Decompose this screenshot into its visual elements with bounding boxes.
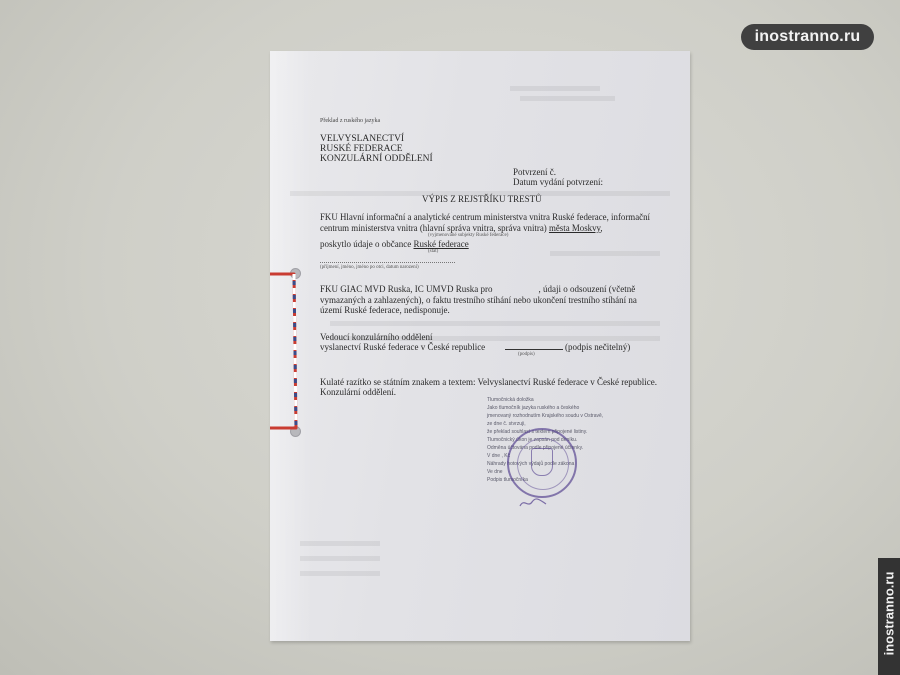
para1-line2-text: centrum ministerstva vnitra (hlavní sprá… [320, 223, 549, 233]
issuer-line-2: RUSKÉ FEDERACE [320, 144, 403, 154]
para1-line2: centrum ministerstva vnitra (hlavní sprá… [320, 223, 603, 234]
signer-line-2: vyslanectví Ruské federace v České repub… [320, 342, 485, 353]
para1-line3-text: poskytlo údaje o občance [320, 239, 413, 249]
signature-scribble [518, 496, 548, 510]
stamp-description-line-2: Konzulární oddělení. [320, 387, 396, 398]
signature-line: (podpis nečitelný) [505, 342, 630, 353]
issuer-line-1: VELVYSLANECTVÍ [320, 134, 404, 144]
document-title: VÝPIS Z REJSTŘÍKU TRESTŮ [422, 194, 542, 205]
para2-line1-tail: , údaji o odsouzení (včetně [539, 284, 636, 294]
tricolor-binding-cord [262, 266, 307, 436]
para1-line3: poskytlo údaje o občance Ruské federace [320, 239, 469, 250]
translation-note: Překlad z ruského jazyka [320, 118, 380, 124]
city-name: města Moskvy [549, 223, 600, 233]
para1-line1: FKU Hlavní informační a analytické centr… [320, 212, 650, 223]
para1-line2-punct: , [600, 223, 602, 233]
state-caption: (stát) [428, 249, 438, 254]
coat-of-arms-icon [531, 448, 553, 476]
side-watermark: inostranno.ru [878, 558, 900, 675]
side-watermark-text: inostranno.ru [882, 559, 897, 669]
confirmation-number-label: Potvrzení č. [513, 167, 556, 178]
person-name-blank [320, 262, 455, 263]
issue-date-label: Datum vydání potvrzení: [513, 177, 603, 188]
country-name: Ruské federace [413, 239, 468, 249]
issuer-line-3: KONZULÁRNÍ ODDĚLENÍ [320, 154, 433, 164]
subjects-caption: (vyjmenované subjekty Ruské federace) [428, 233, 508, 238]
stamp-description-line-1: Kulaté razítko se státním znakem a texte… [320, 377, 657, 388]
para2-line1-text: FKU GIAC MVD Ruska, IC UMVD Ruska pro [320, 284, 493, 294]
person-caption: (příjmení, jméno, jméno po otci, datum n… [320, 265, 419, 270]
para2-line3: území Ruské federace, nedisponuje. [320, 305, 450, 316]
signature-note: (podpis nečitelný) [565, 342, 630, 352]
para2-line1: FKU GIAC MVD Ruska, IC UMVD Ruska pro, ú… [320, 284, 635, 295]
para2-line2: vymazaných a zahlazených), o faktu trest… [320, 295, 637, 306]
signature-caption: (podpis) [518, 352, 535, 357]
watermark-badge: inostranno.ru [741, 24, 874, 50]
signer-line-1: Vedoucí konzulárního oddělení [320, 332, 432, 343]
translator-round-stamp [507, 428, 577, 498]
